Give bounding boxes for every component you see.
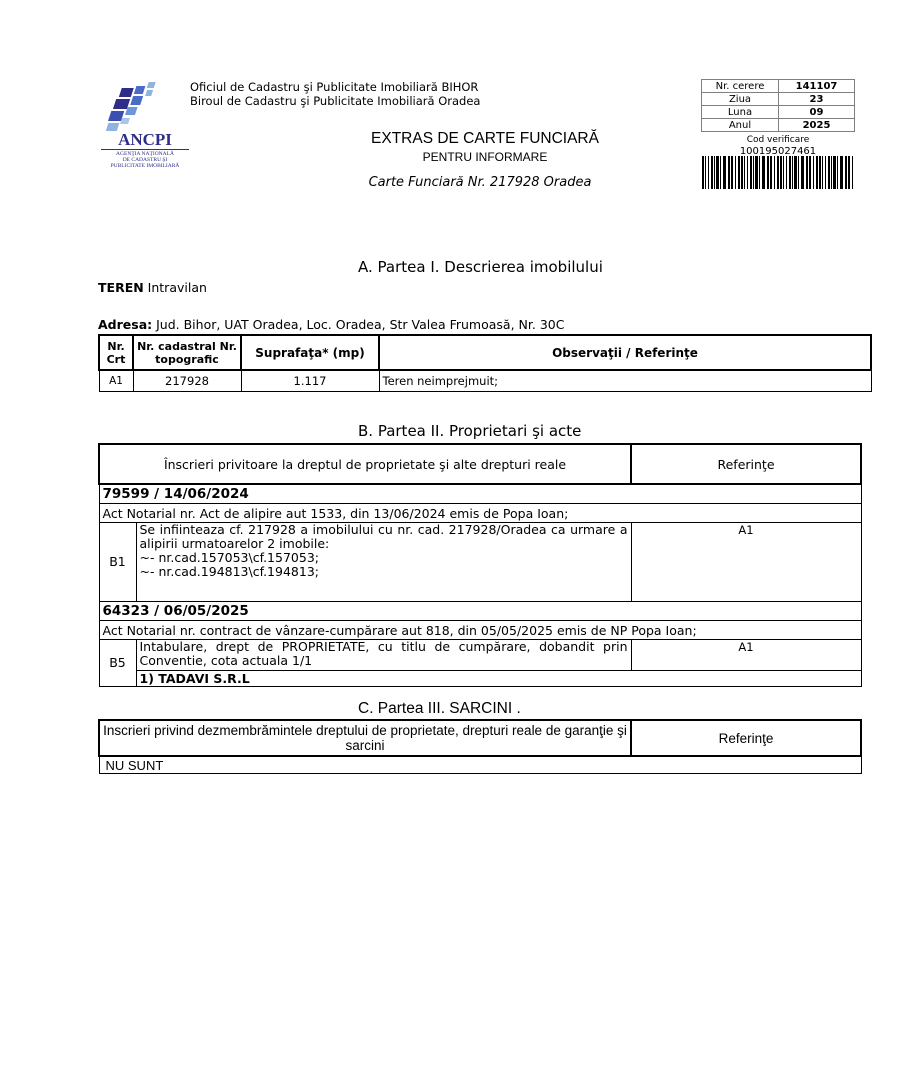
table-row: A1 217928 1.117 Teren neimprejmuit; [99,370,871,392]
entry-reference: A1 [631,523,861,602]
property-type-rest: Intravilan [144,280,207,295]
section-c-heading: C. Partea III. SARCINI . [358,700,521,718]
barcode-icon [702,156,855,189]
section-a-heading: A. Partea I. Descrierea imobilului [358,258,603,276]
column-header: Observaţii / Referinţe [379,335,871,370]
cell-cadastral: 217928 [133,370,241,392]
property-type-bold: TEREN [98,280,144,295]
request-label: Nr. cerere [702,80,779,93]
request-value: 23 [779,93,855,106]
document-subtitle: PENTRU INFORMARE [330,150,640,164]
encumbrances-value: NU SUNT [99,756,861,774]
column-header: Referinţe [631,444,861,484]
request-label: Anul [702,119,779,132]
owner-name: 1) TADAVI S.R.L [136,671,861,687]
ancpi-logo-icon: ANCPI AGENŢIA NAŢIONALĂ DE CADASTRU ŞI P… [97,78,189,174]
request-value: 09 [779,106,855,119]
entry-text: Intabulare, drept de PROPRIETATE, cu tit… [136,640,631,671]
column-header: Inscrieri privind dezmembrămintele drept… [99,720,631,756]
bureau-name: Biroul de Cadastru şi Publicitate Imobil… [190,94,480,108]
section-b-heading: B. Partea II. Proprietari şi acte [358,422,581,440]
logo-caption: AGENŢIA NAŢIONALĂ DE CADASTRU ŞI PUBLICI… [101,149,189,169]
table-row: B1 Se infiinteaza cf. 217928 a imobilulu… [99,523,861,602]
column-header: Nr. cadastral Nr. topografic [133,335,241,370]
act-row: Act Notarial nr. Act de alipire aut 1533… [99,504,861,523]
table-header-row: Inscrieri privind dezmembrămintele drept… [99,720,861,756]
address-label: Adresa: [98,317,152,332]
owners-table: Înscrieri privitoare la dreptul de propr… [98,443,862,687]
owner-row: 1) TADAVI S.R.L [99,671,861,687]
entry-text-line: ~- nr.cad.157053\cf.157053; [140,551,628,565]
column-header: Suprafaţa* (mp) [241,335,379,370]
property-address: Adresa: Jud. Bihor, UAT Oradea, Loc. Ora… [98,317,564,332]
table-row: B5 Intabulare, drept de PROPRIETATE, cu … [99,640,861,671]
request-value: 141107 [779,80,855,93]
act-description: Act Notarial nr. Act de alipire aut 1533… [99,504,861,523]
entry-reference: A1 [631,640,861,671]
request-info-table: Nr. cerere141107 Ziua23 Luna09 Anul2025 [701,79,855,132]
entry-text-line: Intabulare, drept de PROPRIETATE, cu tit… [140,640,628,668]
property-type: TEREN Intravilan [98,280,207,295]
request-label: Luna [702,106,779,119]
entry-code: B1 [99,523,136,602]
registration-date-row: 79599 / 14/06/2024 [99,484,861,504]
registration-date: 64323 / 06/05/2025 [99,602,861,621]
entry-text: Se infiinteaza cf. 217928 a imobilului c… [136,523,631,602]
table-header-row: Nr. Crt Nr. cadastral Nr. topografic Sup… [99,335,871,370]
document-title: EXTRAS DE CARTE FUNCIARĂ [330,130,640,148]
entry-text-line: ~- nr.cad.194813\cf.194813; [140,565,628,579]
encumbrances-table: Inscrieri privind dezmembrămintele drept… [98,719,862,774]
logo-acronym: ANCPI [101,130,189,150]
column-header: Înscrieri privitoare la dreptul de propr… [99,444,631,484]
cell-nr: A1 [99,370,133,392]
request-label: Ziua [702,93,779,106]
entry-code: B5 [99,640,136,687]
registration-date: 79599 / 14/06/2024 [99,484,861,504]
request-value: 2025 [779,119,855,132]
table-header-row: Înscrieri privitoare la dreptul de propr… [99,444,861,484]
table-row: NU SUNT [99,756,861,774]
request-row: Nr. cerere141107 [702,80,855,93]
logo-caption-line: PUBLICITATE IMOBILIARĂ [101,163,189,169]
act-description: Act Notarial nr. contract de vânzare-cum… [99,621,861,640]
column-header: Nr. Crt [99,335,133,370]
cell-suprafata: 1.117 [241,370,379,392]
request-row: Anul2025 [702,119,855,132]
request-row: Ziua23 [702,93,855,106]
cell-observatii: Teren neimprejmuit; [379,370,871,392]
registration-date-row: 64323 / 06/05/2025 [99,602,861,621]
office-name: Oficiul de Cadastru şi Publicitate Imobi… [190,80,478,94]
verification-code-label: Cod verificare [701,135,855,145]
act-row: Act Notarial nr. contract de vânzare-cum… [99,621,861,640]
address-value: Jud. Bihor, UAT Oradea, Loc. Oradea, Str… [152,317,564,332]
entry-text-line: Se infiinteaza cf. 217928 a imobilului c… [140,523,628,551]
column-header: Referinţe [631,720,861,756]
property-description-table: Nr. Crt Nr. cadastral Nr. topografic Sup… [98,334,872,392]
request-row: Luna09 [702,106,855,119]
cf-number: Carte Funciară Nr. 217928 Oradea [330,175,630,190]
